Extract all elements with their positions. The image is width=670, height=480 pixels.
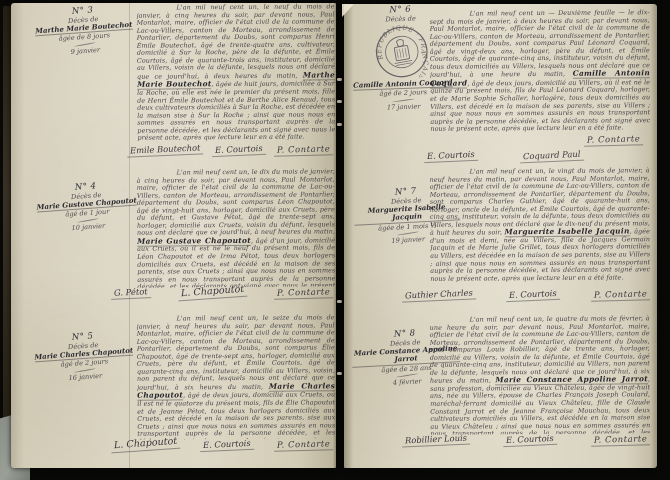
binding-stitch — [337, 123, 342, 126]
signature-row: Emile Boutechot E. Courtois P. Contarte — [127, 144, 333, 156]
register-scan-root: { "seal": { "ring_text": "RÉPUBLIQUE · F… — [0, 0, 670, 480]
republique-francaise-seal-icon: RÉPUBLIQUE · FRANÇAISE · — [366, 19, 437, 85]
entry-date: 9 janvier — [30, 43, 140, 59]
signature-mayor: P. Contarte — [583, 133, 643, 147]
entry-margin-note: N° 5 Décès de Marie Charles Chapoutot âg… — [23, 329, 144, 386]
left-page: N° 3 Décès de Marthe Marie Boutechot âgé… — [11, 3, 336, 468]
act-body-text: L'an mil neuf cent un, le seize du mois … — [137, 314, 336, 439]
entry-date: 10 janvier — [32, 219, 144, 235]
signature-row: E. Courtois Coquard Paul — [424, 150, 584, 162]
binding-stitch — [337, 372, 342, 375]
signature-declarant-2: E. Courtois — [200, 438, 254, 452]
binding-stitch — [337, 300, 342, 303]
act-text-post: , âgée de huit jours, domiciliée à Sur l… — [137, 80, 335, 142]
signature-declarant-1: Emile Boutechot — [127, 142, 204, 157]
act-text-post: , âgée d'un mois et demi, née au Villers… — [430, 228, 650, 283]
act-text-post: , sans profession, domiciliée au Vieux C… — [430, 376, 650, 435]
entry-margin-note: N° 3 Décès de Marthe Marie Boutechot âgé… — [27, 3, 140, 59]
right-page: N° 6 Décès de RÉPUBLIQUE · FRANÇAISE · — [344, 4, 657, 468]
book-page-edges — [3, 6, 11, 466]
binding-stitch — [337, 78, 342, 81]
signature-declarant-1: E. Courtois — [424, 149, 478, 163]
signature-declarant-2: L. Chapoutot — [177, 284, 247, 302]
act-body-text: L'an mil neuf cent un, le quatre du mois… — [430, 315, 651, 435]
signature-declarant-1: L. Chapoutot — [111, 436, 181, 454]
entry-date: 16 janvier — [26, 369, 144, 386]
binding-stitch — [337, 100, 342, 103]
act-body-text: L'an mil neuf cent un, le vingt du mois … — [430, 167, 651, 289]
svg-text:RÉPUBLIQUE · FRANÇAISE ·: RÉPUBLIQUE · FRANÇAISE · — [371, 21, 433, 85]
signature-mayor: P. Contarte — [590, 433, 650, 447]
signature-declarant-1: Guthier Charles — [402, 287, 476, 302]
signature-mayor: P. Contarte — [273, 143, 333, 157]
signature-declarant-2: Coquard Paul — [520, 149, 584, 164]
signature-declarant-2: E. Courtois — [506, 288, 560, 302]
signature-row: Robillier Louis E. Courtois P. Contarte — [402, 434, 650, 446]
signature-declarant-1: G. Pétot — [111, 286, 151, 300]
page-crease — [129, 3, 130, 468]
act-body-text: L'an mil neuf cent un, le dix du mois de… — [137, 168, 336, 287]
signature-mayor: P. Contarte — [273, 438, 333, 452]
act-body-text: L'an mil neuf cent un — Deuxième feuille… — [430, 9, 651, 139]
signature-row: L. Chapoutot E. Courtois P. Contarte — [111, 438, 333, 451]
signature-row: Guthier Charles E. Courtois P. Contarte — [402, 289, 650, 301]
signature-declarant-2: E. Courtois — [503, 433, 557, 447]
signature-mayor: P. Contarte — [590, 288, 650, 302]
signature-declarant-2: E. Courtois — [211, 143, 265, 157]
act-body-text: L'an mil neuf cent un, le neuf du mois d… — [137, 3, 336, 147]
act-text-post: , âgé de deux jours, domicilié au Viller… — [430, 78, 650, 133]
seal-ring-text: RÉPUBLIQUE · FRANÇAISE · — [371, 21, 433, 85]
act-text-pre: L'an mil neuf cent un, le neuf du mois d… — [137, 3, 335, 80]
signature-row: G. Pétot L. Chapoutot P. Contarte — [111, 286, 333, 299]
entry-margin-note: N° 4 Décès de Marie Gustave Chapoutot âg… — [29, 179, 144, 235]
signature-declarant-1: Robillier Louis — [402, 433, 470, 448]
act-text-pre: L'an mil neuf cent un, le dix du mois de… — [137, 168, 335, 237]
act-text-pre: L'an mil neuf cent un, le seize du mois … — [137, 314, 335, 391]
signature-mayor: P. Contarte — [273, 286, 333, 300]
